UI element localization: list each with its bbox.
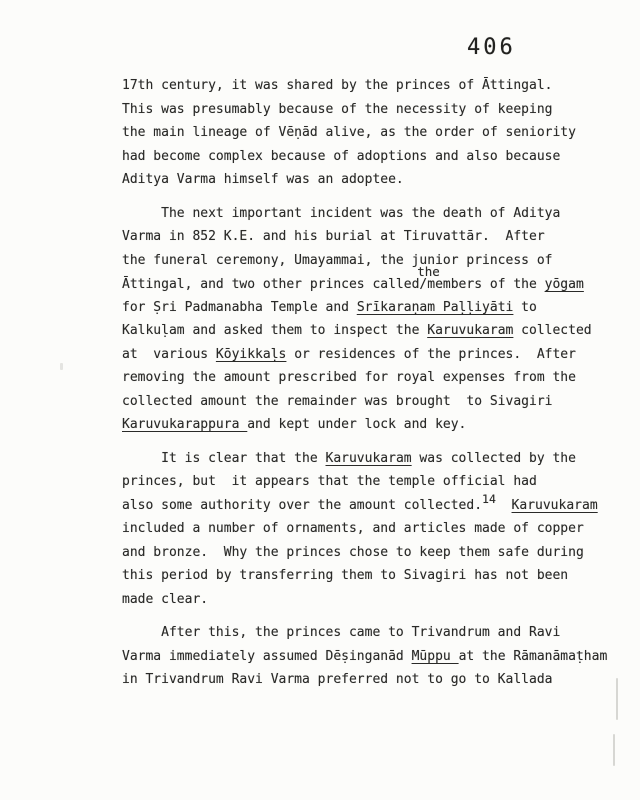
text-run: had become complex because of adoptions … bbox=[122, 149, 560, 164]
text-run: Varma in 852 K.E. and his burial at Tiru… bbox=[122, 229, 545, 244]
paragraph: It is clear that the Karuvukaram was col… bbox=[122, 447, 627, 612]
text-run: This was presumably because of the neces… bbox=[122, 102, 552, 117]
text-line: the funeral ceremony, Umayammai, the jun… bbox=[122, 249, 627, 273]
text-run: The next important incident was the deat… bbox=[122, 206, 560, 221]
text-run: and bronze. Why the princes chose to kee… bbox=[122, 545, 584, 560]
scan-artifact-line bbox=[613, 734, 615, 766]
text-run: the funeral ceremony, Umayammai, the jun… bbox=[122, 253, 552, 268]
footnote-number: 14 bbox=[482, 488, 496, 512]
text-run: for Ṣri Padmanabha Temple and bbox=[122, 300, 357, 315]
text-run bbox=[496, 498, 512, 513]
text-run: or residences of the princes. After bbox=[286, 347, 576, 362]
text-line: this period by transferring them to Siva… bbox=[122, 564, 627, 588]
underlined-term: yōgam bbox=[545, 277, 584, 292]
text-line: The next important incident was the deat… bbox=[122, 202, 627, 226]
text-run: and kept under lock and key. bbox=[247, 417, 466, 432]
underlined-term: Karuvukarappura bbox=[122, 417, 247, 432]
text-run: included a number of ornaments, and arti… bbox=[122, 521, 584, 536]
text-run: It is clear that the bbox=[122, 451, 326, 466]
text-run: After this, the princes came to Trivandr… bbox=[122, 625, 560, 640]
text-line: This was presumably because of the neces… bbox=[122, 98, 627, 122]
text-line: collected amount the remainder was broug… bbox=[122, 390, 627, 414]
underlined-term: Karuvukaram bbox=[512, 498, 598, 513]
scan-artifact-line bbox=[616, 678, 618, 720]
text-run: 17th century, it was shared by the princ… bbox=[122, 78, 552, 93]
text-line: Varma in 852 K.E. and his burial at Tiru… bbox=[122, 225, 627, 249]
text-line: princes, but it appears that the temple … bbox=[122, 470, 627, 494]
underlined-term: Karuvukaram bbox=[326, 451, 412, 466]
text-run: at various bbox=[122, 347, 216, 362]
text-run: members of the bbox=[427, 277, 544, 292]
text-line: Aditya Varma himself was an adoptee. bbox=[122, 168, 627, 192]
text-line: It is clear that the Karuvukaram was col… bbox=[122, 447, 627, 471]
text-run: Āttingal, and two other princes called/ bbox=[122, 277, 427, 292]
text-line: the main lineage of Vēṇād alive, as the … bbox=[122, 121, 627, 145]
text-line: and bronze. Why the princes chose to kee… bbox=[122, 541, 627, 565]
text-line: also some authority over the amount coll… bbox=[122, 494, 627, 518]
text-run: collected bbox=[513, 323, 591, 338]
paragraph: The next important incident was the deat… bbox=[122, 202, 627, 437]
text-line: had become complex because of adoptions … bbox=[122, 145, 627, 169]
text-line: in Trivandrum Ravi Varma preferred not t… bbox=[122, 668, 627, 692]
text-run: this period by transferring them to Siva… bbox=[122, 568, 568, 583]
text-line: After this, the princes came to Trivandr… bbox=[122, 621, 627, 645]
text-run: princes, but it appears that the temple … bbox=[122, 474, 537, 489]
scan-artifact-speck bbox=[60, 363, 63, 370]
text-run: removing the amount prescribed for royal… bbox=[122, 370, 576, 385]
underlined-term: Srīkaraṇam Paḷḷiyāti bbox=[357, 300, 514, 315]
underlined-term: Mūppu bbox=[412, 649, 459, 664]
text-run: made clear. bbox=[122, 592, 208, 607]
paragraph: After this, the princes came to Trivandr… bbox=[122, 621, 627, 692]
text-run: at the Rāmanāmaṭham bbox=[459, 649, 608, 664]
underlined-term: Kōyikkaḷs bbox=[216, 347, 286, 362]
text-line: Kalkuḷam and asked them to inspect the K… bbox=[122, 319, 627, 343]
text-line: for Ṣri Padmanabha Temple and Srīkaraṇam… bbox=[122, 296, 627, 320]
text-line: included a number of ornaments, and arti… bbox=[122, 517, 627, 541]
page-number: 406 bbox=[467, 35, 516, 60]
text-line: removing the amount prescribed for royal… bbox=[122, 366, 627, 390]
text-line: Karuvukarappura and kept under lock and … bbox=[122, 413, 627, 437]
text-run: Varma immediately assumed Dēṣinganād bbox=[122, 649, 412, 664]
text-run: the main lineage of Vēṇād alive, as the … bbox=[122, 125, 576, 140]
text-run: also some authority over the amount coll… bbox=[122, 498, 482, 513]
text-run: in Trivandrum Ravi Varma preferred not t… bbox=[122, 672, 552, 687]
text-line: at various Kōyikkaḷs or residences of th… bbox=[122, 343, 627, 367]
text-block: 17th century, it was shared by the princ… bbox=[122, 74, 627, 692]
text-run: Aditya Varma himself was an adoptee. bbox=[122, 172, 404, 187]
text-line: 17th century, it was shared by the princ… bbox=[122, 74, 627, 98]
text-line: Varma immediately assumed Dēṣinganād Mūp… bbox=[122, 645, 627, 669]
text-run: was collected by the bbox=[412, 451, 576, 466]
document-page: 406 17th century, it was shared by the p… bbox=[0, 0, 640, 800]
text-run: collected amount the remainder was broug… bbox=[122, 394, 552, 409]
text-run: Kalkuḷam and asked them to inspect the bbox=[122, 323, 427, 338]
underlined-term: Karuvukaram bbox=[427, 323, 513, 338]
text-line: made clear. bbox=[122, 588, 627, 612]
text-run: to bbox=[513, 300, 536, 315]
paragraph: 17th century, it was shared by the princ… bbox=[122, 74, 627, 192]
text-line: Āttingal, and two other princes called/t… bbox=[122, 272, 627, 296]
